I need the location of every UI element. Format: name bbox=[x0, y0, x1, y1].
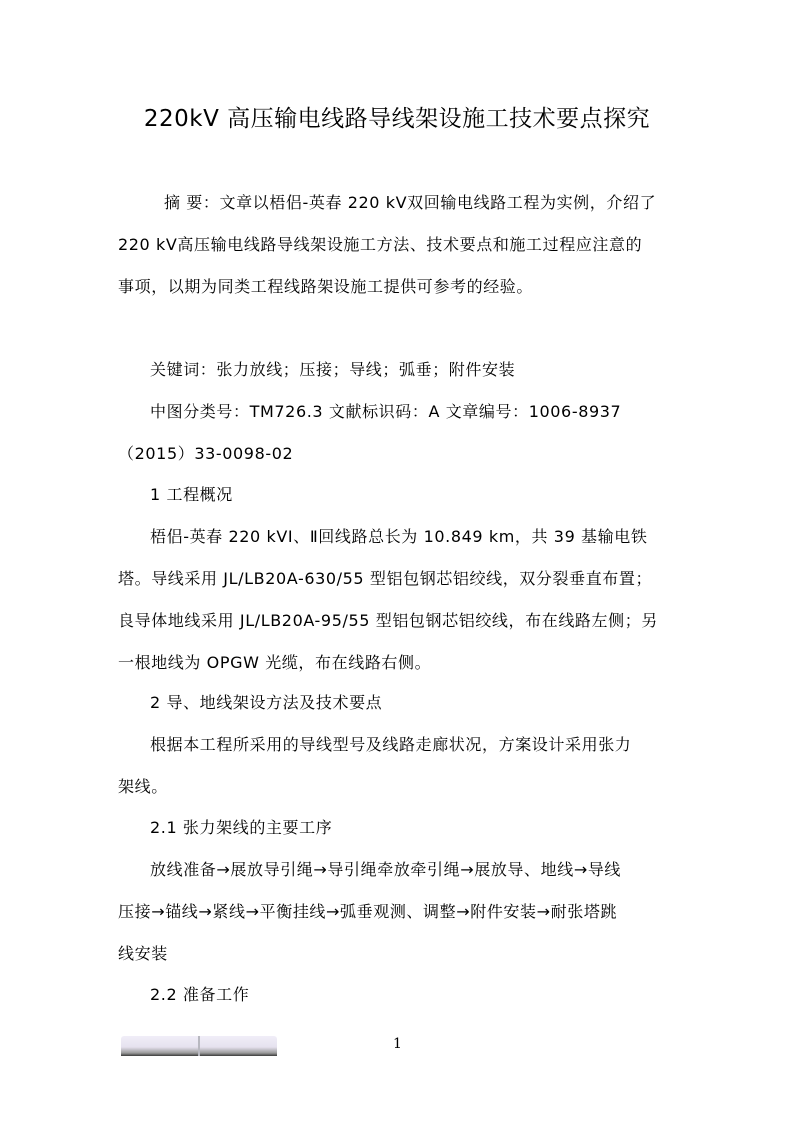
abstract-line-3: 事项，以期为同类工程线路架设施工提供可参考的经验。 bbox=[118, 274, 533, 297]
page-number: 1 bbox=[393, 1036, 402, 1052]
section2-line-2: 架线。 bbox=[118, 774, 168, 797]
section2-1-line-2: 压接→锚线→紧线→平衡挂线→弧垂观测、调整→附件安装→耐张塔跳 bbox=[118, 899, 617, 922]
abstract-line-2: 220 kV高压输电线路导线架设施工方法、技术要点和施工过程应注意的 bbox=[118, 232, 642, 255]
section2-line-1: 根据本工程所采用的导线型号及线路走廊状况，方案设计采用张力 bbox=[150, 732, 631, 755]
section2-1-line-1: 放线准备→展放导引绳→导引绳牵放牵引绳→展放导、地线→导线 bbox=[150, 857, 621, 880]
section-heading-2-1: 2.1 张力架线的主要工序 bbox=[150, 815, 332, 838]
section-heading-2: 2 导、地线架设方法及技术要点 bbox=[150, 690, 382, 713]
classification: 中图分类号：TM726.3 文献标识码：A 文章编号：1006-8937 bbox=[150, 399, 621, 422]
section-heading-2-2: 2.2 准备工作 bbox=[150, 982, 249, 1005]
section1-line-3: 良导体地线采用 JL/LB20A-95/55 型铝包钢芯铝绞线，布在线路左侧；另 bbox=[118, 608, 658, 631]
section1-line-4: 一根地线为 OPGW 光缆，布在线路右侧。 bbox=[118, 650, 431, 673]
section1-line-1: 梧侣-英春 220 kVⅠ、Ⅱ回线路总长为 10.849 km，共 39 基输电… bbox=[150, 524, 647, 547]
abstract-line-1: 摘 要：文章以梧侣-英春 220 kV双回输电线路工程为实例，介绍了 bbox=[164, 190, 656, 213]
document-title: 220kV 高压输电线路导线架设施工技术要点探究 bbox=[0, 100, 794, 133]
classification-continued: （2015）33-0098-02 bbox=[118, 441, 293, 464]
section1-line-2: 塔。导线采用 JL/LB20A-630/55 型铝包钢芯铝绞线，双分裂垂直布置； bbox=[118, 566, 652, 589]
section2-1-line-3: 线安装 bbox=[118, 941, 168, 964]
open-book-icon bbox=[121, 1036, 277, 1056]
section-heading-1: 1 工程概况 bbox=[150, 482, 233, 505]
keywords: 关键词：张力放线；压接；导线；弧垂；附件安装 bbox=[150, 357, 515, 380]
